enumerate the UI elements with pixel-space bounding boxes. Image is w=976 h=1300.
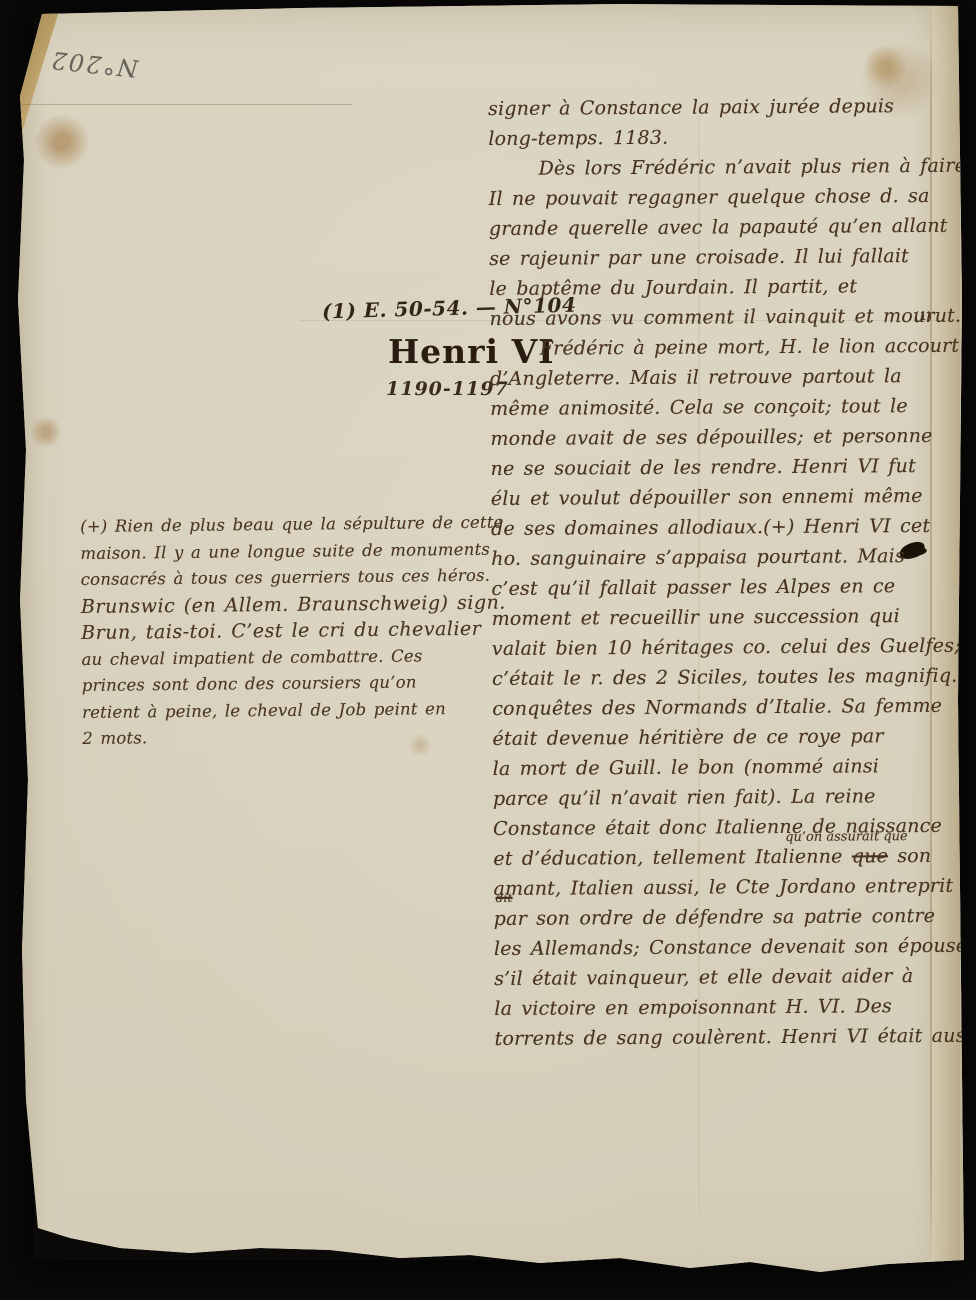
manuscript-line: c’était le r. des 2 Siciles, toutes les … — [492, 661, 962, 694]
manuscript-line: monde avait de ses dépouilles; et person… — [490, 421, 960, 454]
footnote-line: consacrés à tous ces guerriers tous ces … — [81, 563, 491, 594]
struck-word: que — [852, 845, 888, 867]
manuscript-line: torrents de sang coulèrent. Henri VI éta… — [494, 1021, 964, 1054]
footnote-marker: (1) — [915, 310, 933, 322]
manuscript-line: de ses domaines allodiaux.(+) Henri VI c… — [491, 511, 961, 544]
line-text: et d’éducation, tellement Italienne — [493, 845, 852, 870]
manuscript-line-with-correction: ditpar son ordre de défendre sa patrie c… — [494, 901, 964, 934]
footnote-line: (+) Rien de plus beau que la sépulture d… — [80, 510, 490, 541]
manuscript-line: moment et recueillir une succession qui — [492, 601, 962, 634]
manuscript-line: les Allemands; Constance devenait son ép… — [494, 931, 964, 964]
manuscript-line: amant, Italien aussi, le Cte Jordano ent… — [493, 871, 963, 904]
pencil-inventory-number: N°202 — [43, 45, 145, 83]
manuscript-scan: N°202 (1) E. 50-54. — N°104 Henri VI 119… — [0, 0, 976, 1300]
manuscript-line: conquêtes des Normands d’Italie. Sa femm… — [492, 691, 962, 724]
fold-crease-horizontal — [22, 104, 352, 105]
manuscript-line: valait bien 10 héritages co. celui des G… — [492, 631, 962, 664]
manuscript-line: la mort de Guill. le bon (nommé ainsi — [493, 751, 963, 784]
main-text-column: signer à Constance la paix jurée depuis … — [488, 91, 965, 1054]
manuscript-line: Il ne pouvait regagner quelque chose d. … — [489, 181, 959, 214]
footnote-line: Brun, tais-toi. C’est le cri du chevalie… — [81, 616, 491, 647]
manuscript-line: Dès lors Frédéric n’avait plus rien à fa… — [488, 151, 958, 184]
manuscript-line: était devenue héritière de ce roye par — [492, 721, 962, 754]
manuscript-line: nous avons vu comment il vainquit et mou… — [489, 301, 959, 334]
manuscript-line: se rajeunir par une croisade. Il lui fal… — [489, 241, 959, 274]
struck-superscript-word: dit — [496, 892, 513, 904]
manuscript-line: parce qu’il n’avait rien fait). La reine — [493, 781, 963, 814]
manuscript-line: le baptême du Jourdain. Il partit, et — [489, 271, 959, 304]
line-text: son — [888, 845, 931, 867]
manuscript-line-with-correction: et d’éducation, tellement Italienne que … — [493, 841, 963, 874]
manuscript-line: long-temps. 1183. — [488, 121, 958, 154]
manuscript-line: signer à Constance la paix jurée depuis — [488, 91, 958, 124]
interline-addition: qu’on assurait que — [785, 830, 908, 844]
manuscript-line: Frédéric à peine mort, H. le lion accour… — [490, 331, 960, 364]
margin-footnote: (+) Rien de plus beau que la sépulture d… — [80, 510, 492, 753]
manuscript-line: même animosité. Cela se conçoit; tout le — [490, 391, 960, 424]
manuscript-line: élu et voulut dépouiller son ennemi même — [491, 481, 961, 514]
manuscript-line: c’est qu’il fallait passer les Alpes en … — [491, 571, 961, 604]
paper-sheet: N°202 (1) E. 50-54. — N°104 Henri VI 119… — [0, 0, 976, 1300]
manuscript-line: ho. sanguinaire s’appaisa pourtant. Mais — [491, 541, 961, 574]
manuscript-line: s’il était vainqueur, et elle devait aid… — [494, 961, 964, 994]
manuscript-line: grande querelle avec la papauté qu’en al… — [489, 211, 959, 244]
footnote-line: retient à peine, le cheval de Job peint … — [82, 695, 492, 726]
line-text: par son ordre de défendre sa patrie cont… — [494, 905, 936, 930]
manuscript-line: ne se souciait de les rendre. Henri VI f… — [491, 451, 961, 484]
footnote-line: 2 mots. — [82, 722, 492, 753]
manuscript-line: la victoire en empoisonnant H. VI. Des — [494, 991, 964, 1024]
manuscript-line: d’Angleterre. Mais il retrouve partout l… — [490, 361, 960, 394]
